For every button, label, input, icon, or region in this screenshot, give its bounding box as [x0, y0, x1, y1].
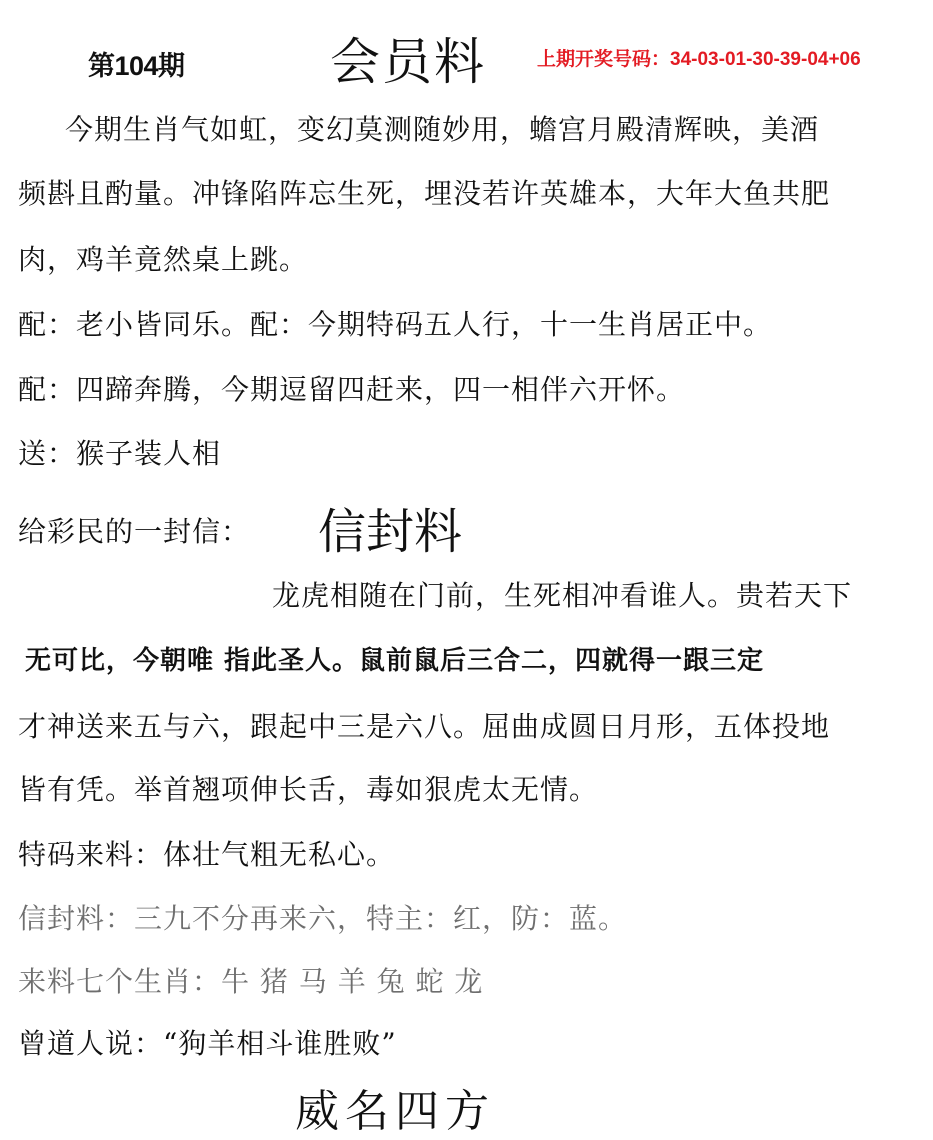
- envelope-hint: 信封料：三九不分再来六，特主：红，防：蓝。: [18, 897, 627, 937]
- pair-line-2: 配：四蹄奔腾，今期逗留四赶来，四一相伴六开怀。: [18, 368, 685, 408]
- footer-title: 威名四方: [295, 1075, 495, 1139]
- special-code-hint: 特码来料：体壮气粗无私心。: [18, 833, 395, 873]
- poem-line-3: 肉，鸡羊竟然桌上跳。: [18, 238, 308, 278]
- taoist-saying: 曾道人说：“狗羊相斗谁胜败”: [18, 1022, 397, 1062]
- poem-line-2: 频斟且酌量。冲锋陷阵忘生死，埋没若许英雄本，大年大鱼共肥: [18, 172, 830, 212]
- previous-result-numbers: 34-03-01-30-39-04+06: [670, 49, 861, 70]
- previous-result: 上期开奖号码：34-03-01-30-39-04+06: [537, 44, 861, 71]
- issue-number: 第104期: [88, 44, 185, 83]
- gift-line: 送：猴子装人相: [18, 432, 221, 472]
- envelope-label: 给彩民的一封信：: [18, 510, 250, 550]
- page-title: 会员料: [330, 22, 486, 94]
- poem-line-1: 今期生肖气如虹，变幻莫测随妙用，蟾宫月殿清辉映，美酒: [65, 108, 819, 148]
- seven-zodiacs: 来料七个生肖：牛 猪 马 羊 兔 蛇 龙: [18, 960, 483, 1000]
- envelope-title: 信封料: [318, 493, 462, 562]
- pair-line-1: 配：老小皆同乐。配：今期特码五人行，十一生肖居正中。: [18, 303, 772, 343]
- envelope-line-1: 龙虎相随在门前，生死相冲看谁人。贵若天下: [272, 574, 852, 614]
- envelope-line-2: 无可比，今朝唯 指此圣人。鼠前鼠后三合二，四就得一跟三定: [25, 640, 764, 677]
- envelope-line-3: 才神送来五与六，跟起中三是六八。屈曲成圆日月形，五体投地: [18, 705, 830, 745]
- envelope-line-4: 皆有凭。举首翘项伸长舌，毒如狠虎太无情。: [18, 768, 598, 808]
- previous-result-label: 上期开奖号码：: [537, 49, 670, 70]
